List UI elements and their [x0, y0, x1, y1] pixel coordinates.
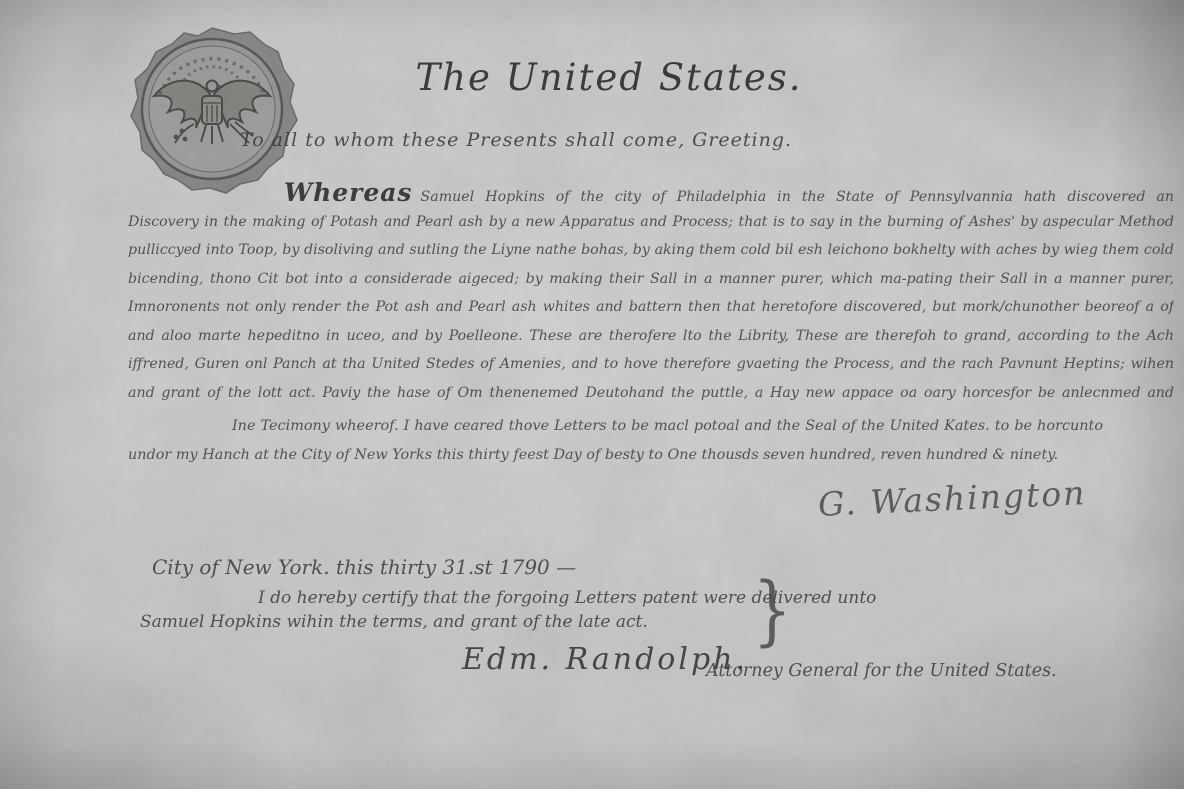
body-line: and aloo marte hepeditno in uceo, and by…	[128, 322, 1174, 351]
body-line: Discovery in the making of Potash and Pe…	[128, 208, 1174, 237]
salutation-line: To all to whom these Presents shall come…	[240, 129, 792, 151]
body-line: and grant of the lott act. Paviy the has…	[128, 379, 1174, 408]
washington-signature: G. Washington	[817, 473, 1087, 524]
body-line: WhereasSamuel Hopkins of the city of Phi…	[128, 179, 1174, 208]
certification-brace: }	[753, 572, 792, 648]
testimony-paragraph: Ine Tecimony wheerof. I have ceared thov…	[128, 412, 1174, 469]
certification-line: Samuel Hopkins wihin the terms, and gran…	[140, 612, 648, 632]
patent-document-page: The United States. To all to whom these …	[0, 0, 1184, 789]
body-line: Imnoronents not only render the Pot ash …	[128, 293, 1174, 322]
body-line: iffrened, Guren onl Panch at tha United …	[128, 350, 1174, 379]
body-line: pulliccyed into Toop, by disoliving and …	[128, 236, 1174, 265]
body-line: bicending, thono Cit bot into a consider…	[128, 265, 1174, 294]
document-title: The United States.	[0, 56, 1184, 99]
testimony-line: Ine Tecimony wheerof. I have ceared thov…	[128, 412, 1103, 441]
certification-place-date: City of New York. this thirty 31.st 1790…	[152, 555, 576, 579]
testimony-line: undor my Hanch at the City of New Yorks …	[128, 441, 1174, 470]
body-paragraph: WhereasSamuel Hopkins of the city of Phi…	[128, 179, 1174, 407]
attorney-general-title: Attorney General for the United States.	[706, 661, 1057, 681]
whereas-word: Whereas	[284, 179, 413, 207]
great-seal-wax-seal-icon	[122, 22, 304, 198]
